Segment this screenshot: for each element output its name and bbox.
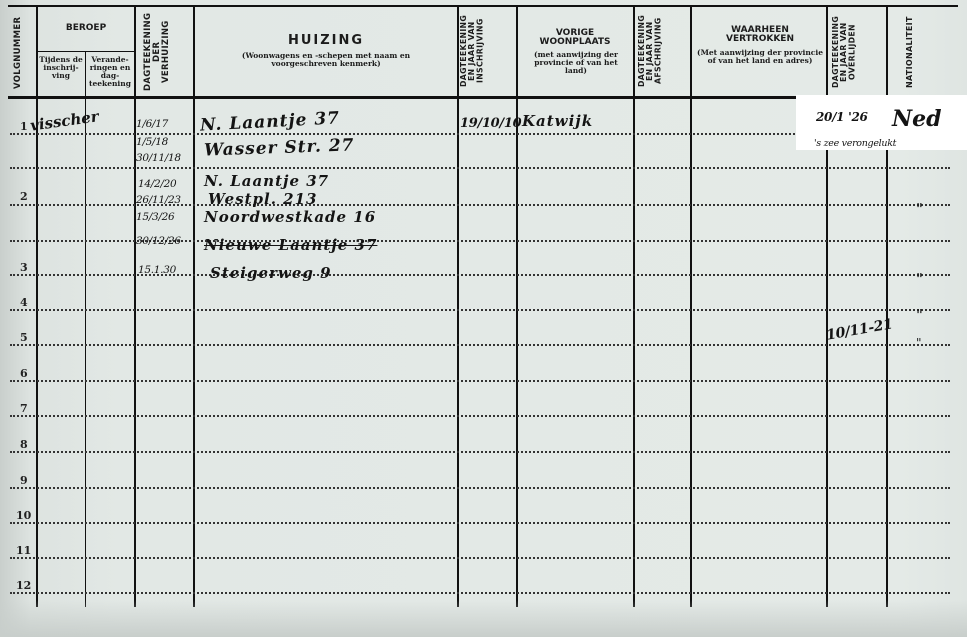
address-entry: Nieuwe Laantje 37 (204, 236, 377, 254)
nationaliteit-ditto-mark: " (916, 336, 922, 350)
row-number: 4 (20, 296, 28, 309)
verhuizing-date: 30/12/26 (136, 235, 181, 247)
col-divider (633, 7, 635, 607)
header-waarheen-vertrokken-subtitle: (Met aanwijzing der provincie of van het… (697, 49, 823, 65)
row-number: 7 (20, 402, 28, 415)
row-number: 2 (20, 190, 28, 203)
address-entry: N. Laantje 37 (204, 172, 329, 190)
top-border (8, 5, 958, 7)
row-number: 11 (16, 544, 31, 557)
beroep-sub-divider (37, 51, 134, 52)
nationaliteit-ditto-mark: " (916, 270, 923, 288)
beroep-entry: visscher (29, 107, 100, 134)
verhuizing-date: 1/6/17 (136, 118, 168, 130)
scan-shadow (0, 600, 967, 637)
address-entry: Wasser Str. 27 (204, 135, 355, 160)
nationaliteit-ditto-mark: " (916, 200, 923, 218)
address-entry: Steigerweg 9 (210, 264, 332, 282)
header-huizing: HUIZING (196, 34, 456, 48)
header-nationaliteit: NATIONALITEIT (906, 12, 926, 92)
header-dagteekening-inschrijving: DAGTEEKENING EN JAAR VAN INSCHRIJVING (460, 10, 514, 92)
row-number: 5 (20, 331, 28, 344)
row-number: 10 (16, 509, 31, 522)
inschrijving-date: 19/10/10 (460, 116, 521, 131)
header-beroep-tijdens: Tijdens de inschrij-ving (38, 56, 84, 80)
col-divider (134, 7, 136, 607)
row-line (10, 557, 950, 559)
address-entry: Westpl. 213 (208, 190, 317, 208)
header-vorige-woonplaats: VORIGE WOONPLAATS (520, 29, 630, 48)
header-dagteekening-afschrijving: DAGTEEKENING EN JAAR VAN AFSCHRIJVING (638, 10, 688, 92)
header-beroep-veranderingen: Verande-ringen en dag-teekening (86, 56, 134, 88)
vorige-woonplaats-entry: Katwijk (522, 112, 593, 130)
row-line (10, 487, 950, 489)
header-dagteekening-verhuizing: DAGTEEKENING DER VERHUIZING (144, 12, 188, 92)
row-line (10, 522, 950, 524)
row-number: 6 (20, 367, 28, 380)
verhuizing-date: 1/5/18 (136, 136, 168, 148)
nationaliteit-ditto-mark: " (916, 306, 923, 324)
col-divider (193, 7, 195, 607)
verhuizing-date: 15.1.30 (138, 264, 176, 276)
overlijden-date: 20/1 '26 (816, 110, 868, 124)
verhuizing-date: 26/11/23 (136, 194, 181, 206)
row-number: 1 (20, 120, 28, 133)
row-line (10, 451, 950, 453)
header-vorige-woonplaats-subtitle: (met aanwijzing der provincie of van het… (522, 51, 630, 75)
col-divider (457, 7, 459, 607)
register-page: VOLGNUMMER BEROEP Tijdens de inschrij-vi… (0, 0, 967, 637)
row-number: 3 (20, 261, 28, 274)
row-number: 9 (20, 474, 28, 487)
row-line (10, 344, 950, 346)
row-number: 12 (16, 579, 31, 592)
verhuizing-date: 14/2/20 (138, 178, 176, 190)
header-beroep: BEROEP (38, 24, 134, 33)
header-dagteekening-overlijden: DAGTEEKENING EN JAAR VAN OVERLIJDEN (832, 10, 882, 94)
address-entry: Noordwestkade 16 (204, 208, 376, 226)
col-divider (36, 7, 38, 607)
col-divider (516, 7, 518, 607)
header-huizing-subtitle: (Woonwagens en -schepen met naam en voor… (230, 52, 422, 68)
verhuizing-date: 30/11/18 (136, 152, 181, 164)
address-entry: N. Laantje 37 (200, 108, 341, 135)
row-number: 8 (20, 438, 28, 451)
row-line (10, 309, 950, 311)
row-line (10, 415, 950, 417)
overlijden-note: 's zee verongelukt (814, 138, 896, 149)
header-volgnummer: VOLGNUMMER (14, 14, 23, 92)
row-line (10, 592, 950, 594)
header-waarheen-vertrokken: WAARHEEN VERTROKKEN (700, 26, 820, 45)
overlijden-date: 10/11-21 (825, 316, 894, 343)
verhuizing-date: 15/3/26 (136, 211, 174, 223)
col-divider (690, 7, 692, 607)
row-line (10, 380, 950, 382)
nationaliteit-entry: Ned (892, 106, 942, 132)
row-line (10, 167, 950, 169)
